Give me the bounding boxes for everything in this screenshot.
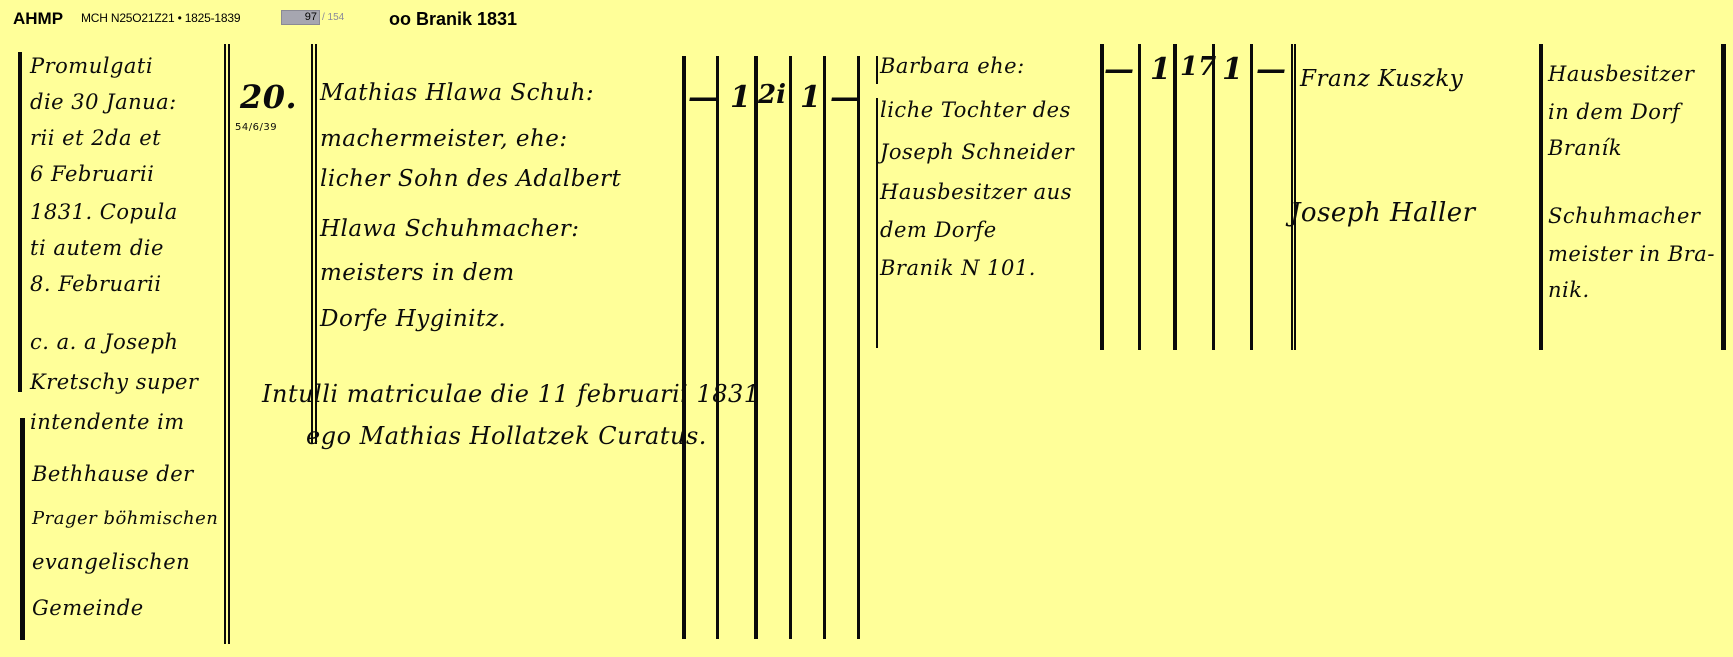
- column-rule: [716, 56, 719, 639]
- registration-note: Intulli matriculae die 11 februarii 1831: [262, 380, 760, 408]
- entry-number: 20.: [240, 78, 297, 116]
- promulgation-line: Kretschy super: [30, 370, 198, 394]
- bride-line: Branik N 101.: [880, 256, 1036, 280]
- promulgation-line: c. a. a Joseph: [30, 330, 178, 354]
- promulgation-line: 8. Februarii: [30, 272, 162, 296]
- page-title: oo Branik 1831: [389, 9, 517, 30]
- groom-line: machermeister, ehe:: [320, 126, 568, 152]
- column-rule: [1294, 44, 1296, 350]
- promulgation-line: 1831. Copula: [30, 200, 178, 224]
- groom-mark: —: [830, 80, 860, 115]
- column-rule: [1250, 44, 1253, 350]
- groom-line: Mathias Hlawa Schuh:: [320, 80, 594, 106]
- column-rule: [1100, 44, 1104, 350]
- column-rule: [876, 98, 878, 348]
- column-rule: [1212, 44, 1215, 350]
- promulgation-line: Gemeinde: [32, 596, 144, 620]
- column-rule: [228, 44, 230, 644]
- bride-mark: —: [1256, 52, 1286, 87]
- column-rule: [857, 56, 860, 639]
- promulgation-line: evangelischen: [32, 550, 190, 574]
- remarks-line: meister in Bra-: [1548, 242, 1715, 266]
- promulgation-line: die 30 Janua:: [30, 90, 177, 114]
- remarks-line: Hausbesitzer: [1548, 62, 1694, 86]
- witness-name: Joseph Haller: [1290, 198, 1476, 228]
- groom-line: licher Sohn des Adalbert: [320, 166, 621, 192]
- promulgation-line: Promulgati: [30, 54, 153, 78]
- column-rule: [1291, 44, 1293, 350]
- promulgation-line: rii et 2da et: [30, 126, 161, 150]
- bride-mark: 1: [1222, 52, 1243, 87]
- column-rule: [682, 56, 686, 639]
- registration-note: ego Mathias Hollatzek Curatus.: [306, 422, 707, 450]
- page-number-input[interactable]: 97: [281, 10, 320, 25]
- column-rule: [20, 418, 25, 640]
- groom-mark: 1: [730, 80, 751, 115]
- remarks-line: Schuhmacher: [1548, 204, 1700, 228]
- bride-mark: —: [1104, 52, 1134, 87]
- groom-line: meisters in dem: [320, 260, 515, 286]
- witness-name: Franz Kuszky: [1300, 66, 1463, 92]
- reference-note: 54/6/39: [235, 122, 277, 133]
- groom-mark: —: [688, 80, 718, 115]
- column-rule: [754, 56, 758, 639]
- bride-line: liche Tochter des: [880, 98, 1071, 122]
- remarks-line: in dem Dorf: [1548, 100, 1680, 124]
- column-rule: [224, 44, 226, 644]
- promulgation-line: ti autem die: [30, 236, 164, 260]
- groom-mark: 2i: [758, 80, 786, 110]
- promulgation-line: intendente im: [30, 410, 185, 434]
- groom-mark: 1: [800, 80, 821, 115]
- register-scan: Promulgati die 30 Janua: rii et 2da et 6…: [0, 38, 1733, 657]
- groom-line: Dorfe Hyginitz.: [320, 306, 506, 332]
- archive-logo[interactable]: AHMP: [13, 9, 63, 29]
- bride-mark: 17: [1180, 52, 1216, 82]
- bride-line: Barbara ehe:: [880, 54, 1025, 78]
- column-rule: [1539, 44, 1543, 350]
- column-rule: [1138, 44, 1141, 350]
- archive-reference: MCH N25O21Z21 • 1825-1839: [81, 11, 240, 25]
- remarks-line: nik.: [1548, 278, 1590, 302]
- column-rule: [18, 52, 22, 392]
- column-rule: [789, 56, 792, 639]
- column-rule: [1721, 44, 1726, 350]
- viewer-header: AHMP MCH N25O21Z21 • 1825-1839 97 / 154 …: [0, 0, 1733, 38]
- promulgation-line: Bethhause der: [32, 462, 194, 486]
- groom-line: Hlawa Schuhmacher:: [320, 216, 579, 242]
- promulgation-line: 6 Februarii: [30, 162, 154, 186]
- column-rule: [876, 56, 878, 84]
- bride-line: dem Dorfe: [880, 218, 997, 242]
- promulgation-line: Prager böhmischen: [32, 508, 218, 529]
- remarks-line: Braník: [1548, 136, 1622, 160]
- page-total: / 154: [322, 12, 344, 23]
- column-rule: [1173, 44, 1177, 350]
- column-rule: [823, 56, 826, 639]
- bride-mark: 1: [1150, 52, 1171, 87]
- bride-line: Joseph Schneider: [880, 140, 1074, 164]
- bride-line: Hausbesitzer aus: [880, 180, 1072, 204]
